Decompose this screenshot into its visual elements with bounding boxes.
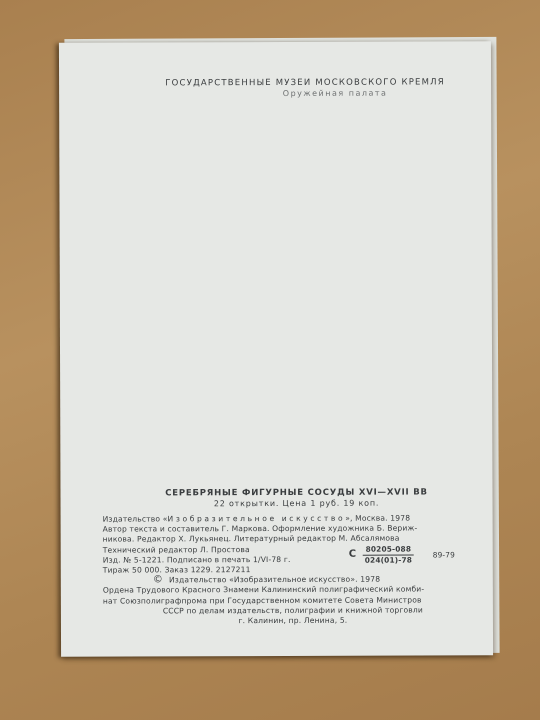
catalog-denominator: 024(01)-78 bbox=[363, 556, 414, 566]
catalog-numerator: 80205-088 bbox=[363, 544, 414, 555]
publisher-name: Изобразительное искусство bbox=[168, 514, 346, 524]
title-block: СЕРЕБРЯНЫЕ ФИГУРНЫЕ СОСУДЫ XVI—XVII ВВ 2… bbox=[60, 487, 492, 509]
museum-subtitle: Оружейная палата bbox=[59, 88, 491, 99]
izd-text: Изд. № 5-1221. Подписано в печать 1/VI-7… bbox=[103, 555, 291, 565]
copyright-text: Издательство «Изобразительное искусство»… bbox=[169, 575, 380, 585]
price-line: 22 открытки. Цена 1 руб. 19 коп. bbox=[101, 498, 493, 508]
catalog-side-code: 89-79 bbox=[433, 550, 455, 560]
catalog-fraction: 80205-088 024(01)-78 bbox=[363, 544, 414, 566]
imprint-block: Издательство «Изобразительное искусство»… bbox=[103, 513, 483, 627]
copyright-icon: © bbox=[153, 575, 163, 586]
printer-line-4: г. Калинин, пр. Ленина, 5. bbox=[103, 615, 483, 627]
publisher-prefix: Издательство « bbox=[103, 514, 168, 523]
izd-line: Изд. № 5-1221. Подписано в печать 1/VI-7… bbox=[103, 554, 483, 566]
postcard-folder-back: ГОСУДАРСТВЕННЫЕ МУЗЕИ МОСКОВСКОГО КРЕМЛЯ… bbox=[59, 41, 493, 657]
museum-name: ГОСУДАРСТВЕННЫЕ МУЗЕИ МОСКОВСКОГО КРЕМЛЯ bbox=[59, 77, 491, 89]
museum-header: ГОСУДАРСТВЕННЫЕ МУЗЕИ МОСКОВСКОГО КРЕМЛЯ… bbox=[59, 77, 491, 99]
publisher-suffix: », Москва. 1978 bbox=[345, 514, 410, 523]
catalog-code: С 80205-088 024(01)-78 89-79 bbox=[363, 544, 414, 566]
catalog-letter: С bbox=[349, 550, 357, 560]
set-title: СЕРЕБРЯНЫЕ ФИГУРНЫЕ СОСУДЫ XVI—XVII ВВ bbox=[100, 487, 492, 498]
